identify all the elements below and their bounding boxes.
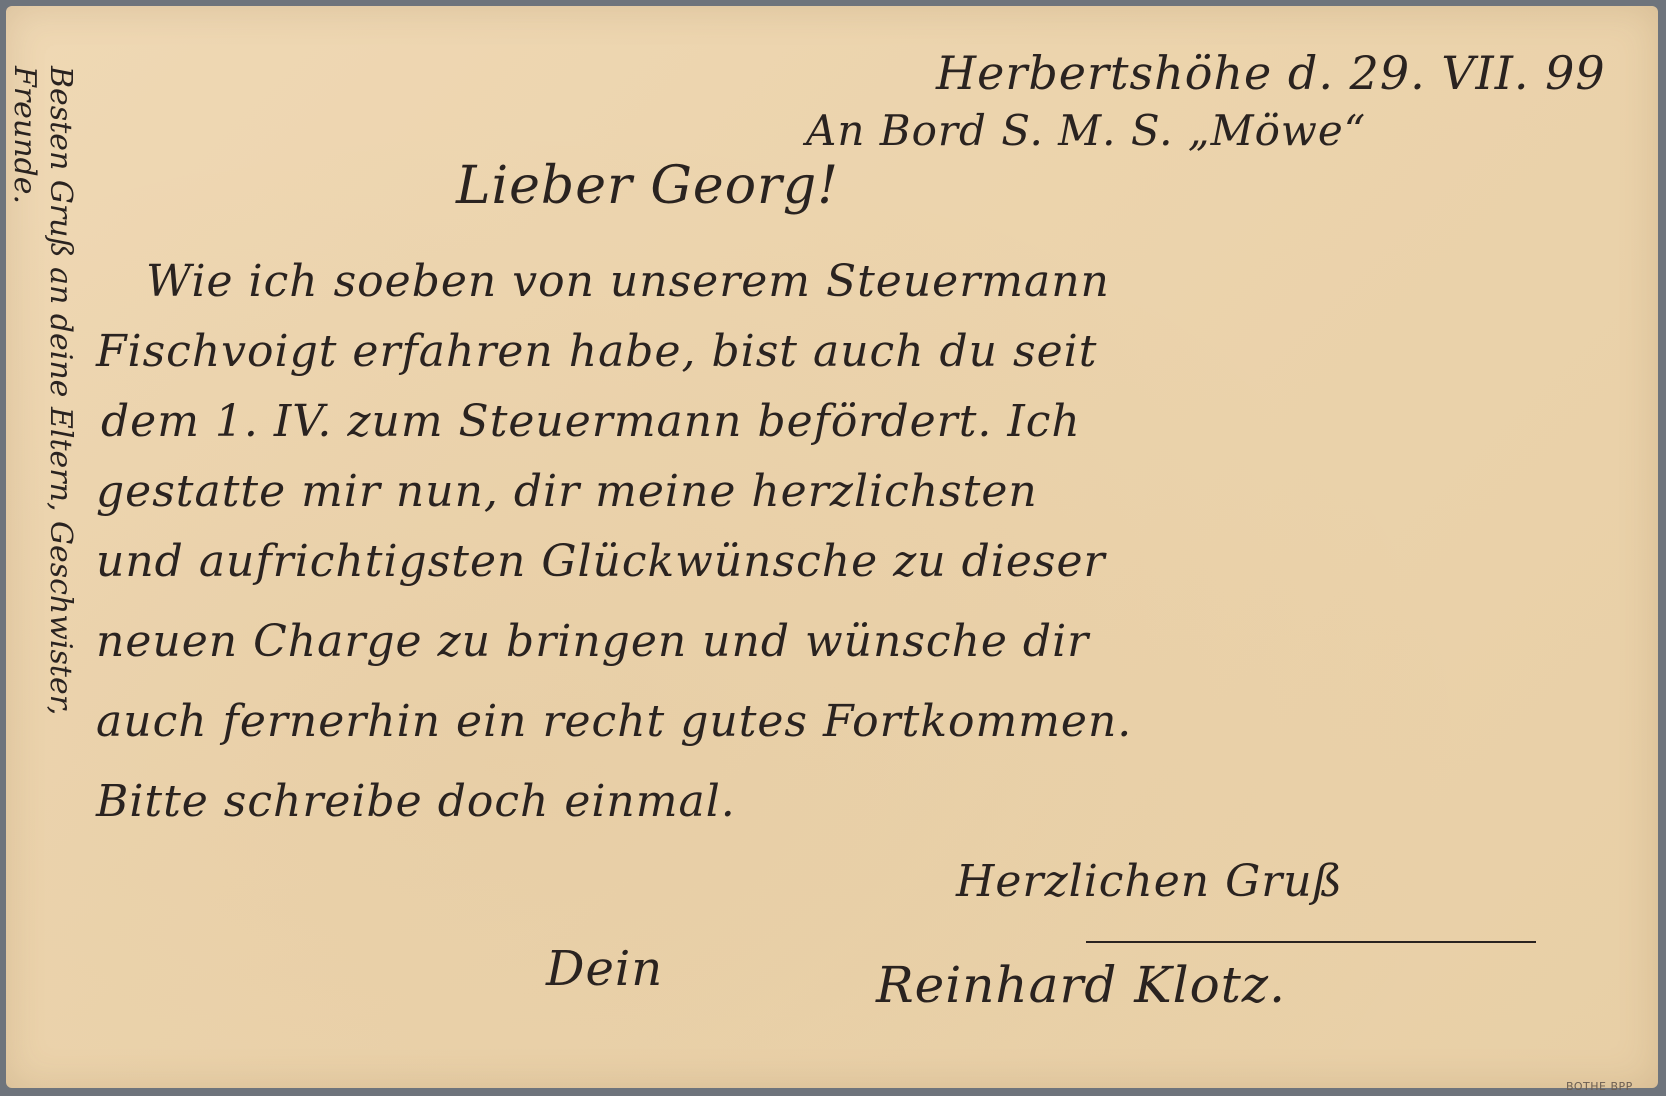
postcard: Herbertshöhe d. 29. VII. 99 An Bord S. M… — [6, 6, 1658, 1088]
body-line: Wie ich soeben von unserem Steuermann — [146, 256, 1110, 307]
closing: Herzlichen Gruß — [956, 856, 1343, 907]
body-line: gestatte mir nun, dir meine herzlichsten — [96, 466, 1038, 517]
signature: Reinhard Klotz. — [876, 956, 1286, 1014]
body-line: dem 1. IV. zum Steuermann befördert. Ich — [101, 396, 1081, 447]
body-line: und aufrichtigsten Glückwünsche zu diese… — [96, 536, 1106, 587]
aboard-line: An Bord S. M. S. „Möwe“ — [806, 106, 1366, 155]
body-line: Fischvoigt erfahren habe, bist auch du s… — [96, 326, 1097, 377]
place-date: Herbertshöhe d. 29. VII. 99 — [936, 46, 1606, 100]
printer-mark: BOTHE BPP — [1566, 1080, 1633, 1093]
body-line: auch fernerhin ein recht gutes Fortkomme… — [96, 696, 1132, 747]
margin-note: Besten Gruß an deine Eltern, Geschwister… — [6, 66, 78, 1066]
closing-underline — [1086, 941, 1536, 943]
dein: Dein — [546, 941, 663, 997]
body-line: neuen Charge zu bringen und wünsche dir — [96, 616, 1089, 667]
salutation: Lieber Georg! — [456, 156, 839, 216]
margin-note-line: Freunde. — [6, 66, 42, 1066]
body-line: Bitte schreibe doch einmal. — [96, 776, 736, 827]
margin-note-line: Besten Gruß an deine Eltern, Geschwister… — [42, 66, 78, 1066]
